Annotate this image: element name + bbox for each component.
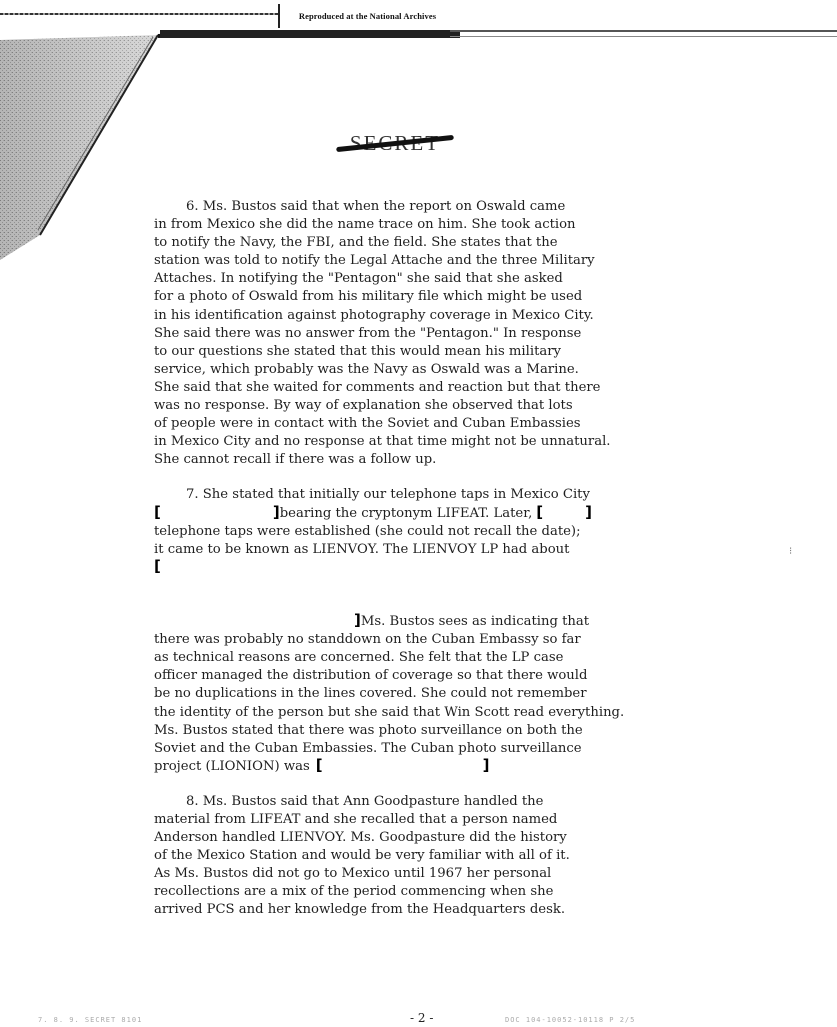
page-number: - 2 - <box>410 1011 433 1025</box>
text-line: the identity of the person but she said … <box>154 704 734 722</box>
text-line: station was told to notify the Legal Att… <box>154 252 734 270</box>
text-line: Attaches. In notifying the "Pentagon" sh… <box>154 270 734 288</box>
redaction-close-bracket: ] <box>483 758 490 773</box>
top-rule <box>450 30 837 32</box>
paragraph-8: 8. Ms. Bustos said that Ann Goodpasture … <box>154 793 734 920</box>
text-line: 7. She stated that initially our telepho… <box>154 486 734 504</box>
redaction-close-bracket: ] <box>273 505 280 520</box>
text-line: As Ms. Bustos did not go to Mexico until… <box>154 865 734 883</box>
redaction-close-bracket: ] <box>585 505 592 520</box>
text-line: for a photo of Oswald from his military … <box>154 288 734 306</box>
text-line: Ms. Bustos stated that there was photo s… <box>154 722 734 740</box>
text-line-with-redaction: project (LIONION) was[] <box>154 758 734 776</box>
paragraph-7: 7. She stated that initially our telepho… <box>154 486 734 776</box>
footer-left-text: 7. 8. 9. SECRET 8101 <box>38 1016 142 1024</box>
redacted-blank-line <box>154 595 734 613</box>
text-line: material from LIFEAT and she recalled th… <box>154 811 734 829</box>
text-line: 6. Ms. Bustos said that when the report … <box>154 198 734 216</box>
text-fragment: project (LIONION) was <box>154 759 310 774</box>
text-line: of the Mexico Station and would be very … <box>154 847 734 865</box>
text-line: recollections are a mix of the period co… <box>154 883 734 901</box>
redaction-start-line: [ <box>154 559 734 577</box>
text-fragment: Ms. Bustos sees as indicating that <box>361 614 589 629</box>
text-line: was no response. By way of explanation s… <box>154 397 734 415</box>
redaction-open-bracket: [ <box>536 505 543 520</box>
text-line: be no duplications in the lines covered.… <box>154 685 734 703</box>
redaction-open-bracket: [ <box>154 559 161 574</box>
redaction-open-bracket: [ <box>316 758 323 773</box>
archive-stamp: Reproduced at the National Archives <box>278 4 455 28</box>
text-line: She cannot recall if there was a follow … <box>154 451 734 469</box>
scan-top-strip <box>0 13 290 15</box>
text-line: She said there was no answer from the "P… <box>154 325 734 343</box>
document-body: 6. Ms. Bustos said that when the report … <box>154 198 734 920</box>
classification-marking: SECRET <box>340 128 450 158</box>
paragraph-6: 6. Ms. Bustos said that when the report … <box>154 198 734 469</box>
text-line: Soviet and the Cuban Embassies. The Cuba… <box>154 740 734 758</box>
text-line: in Mexico City and no response at that t… <box>154 433 734 451</box>
text-fragment: bearing the cryptonym LIFEAT. Later, <box>280 506 533 521</box>
text-line-with-redaction: ]Ms. Bustos sees as indicating that <box>154 613 734 631</box>
redaction-open-bracket: [ <box>154 505 161 520</box>
paragraph-gap <box>154 469 734 486</box>
stamp-shadow-bar <box>160 30 460 38</box>
margin-mark: ⁝ <box>789 546 792 557</box>
text-line: in from Mexico she did the name trace on… <box>154 216 734 234</box>
footer-right-text: DOC 104-10052-10118 P 2/5 <box>505 1016 635 1024</box>
text-line-with-redaction: []bearing the cryptonym LIFEAT. Later,[] <box>154 505 734 523</box>
text-line: arrived PCS and her knowledge from the H… <box>154 901 734 919</box>
text-line: to our questions she stated that this wo… <box>154 343 734 361</box>
text-line: to notify the Navy, the FBI, and the fie… <box>154 234 734 252</box>
text-line: as technical reasons are concerned. She … <box>154 649 734 667</box>
text-line: in his identification against photograph… <box>154 307 734 325</box>
text-line: 8. Ms. Bustos said that Ann Goodpasture … <box>154 793 734 811</box>
text-line: of people were in contact with the Sovie… <box>154 415 734 433</box>
text-line: She said that she waited for comments an… <box>154 379 734 397</box>
redaction-close-bracket: ] <box>354 613 361 628</box>
text-line: service, which probably was the Navy as … <box>154 361 734 379</box>
text-line: telephone taps were established (she cou… <box>154 523 734 541</box>
top-rule-secondary <box>450 36 837 37</box>
text-line: there was probably no standdown on the C… <box>154 631 734 649</box>
redacted-blank-line <box>154 577 734 595</box>
text-line: it came to be known as LIENVOY. The LIEN… <box>154 541 734 559</box>
text-line: Anderson handled LIENVOY. Ms. Goodpastur… <box>154 829 734 847</box>
text-line: officer managed the distribution of cove… <box>154 667 734 685</box>
paragraph-gap <box>154 776 734 793</box>
